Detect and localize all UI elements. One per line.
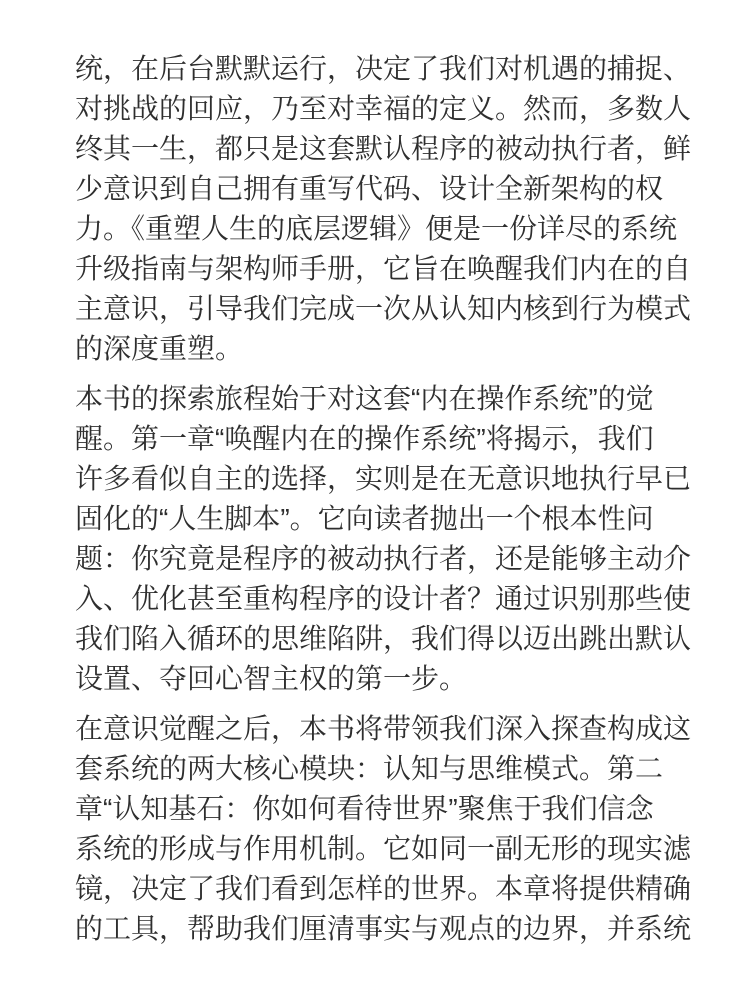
body-paragraph-2: 本书的探索旅程始于对这套“内在操作系统”的觉 醒。第一章“唤醒内在的操作系统”将… xyxy=(75,379,697,699)
text-column: 统，在后台默默运行，决定了我们对机遇的捕捉、 对挑战的回应，乃至对幸福的定义。然… xyxy=(75,49,697,949)
document-page: 统，在后台默默运行，决定了我们对机遇的捕捉、 对挑战的回应，乃至对幸福的定义。然… xyxy=(0,0,750,1000)
body-paragraph-1: 统，在后台默默运行，决定了我们对机遇的捕捉、 对挑战的回应，乃至对幸福的定义。然… xyxy=(75,49,697,369)
body-paragraph-3: 在意识觉醒之后，本书将带领我们深入探查构成这 套系统的两大核心模块：认知与思维模… xyxy=(75,709,697,949)
